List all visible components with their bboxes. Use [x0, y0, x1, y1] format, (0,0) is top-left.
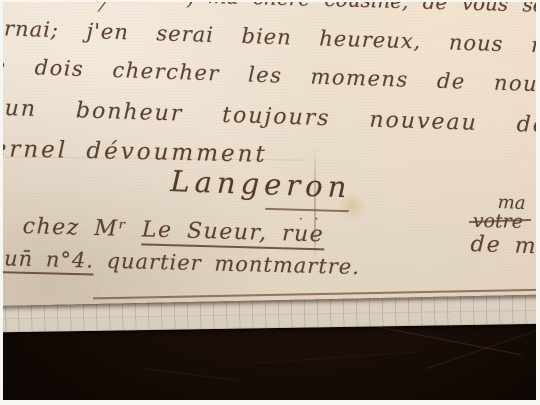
table-scratch: [374, 326, 521, 356]
table-scratch: [253, 351, 423, 364]
margin-note-de-mes: de mes: [470, 234, 536, 259]
address-line-1-underlined: Le Sueur, rue: [141, 217, 324, 250]
cut-off-stroke-fragment: ): [187, 2, 194, 9]
address-line-1-prefix: chez Mʳ: [22, 214, 142, 242]
photo-scene: ʹ/ ) ma chère cousine, de vous ser ernai…: [3, 2, 536, 400]
address-line-2-underlined: eun̄ n°4.: [3, 246, 94, 276]
signature-langeron: Langeron: [170, 167, 352, 202]
table-scratch: [143, 368, 237, 381]
letter-line-5-partial: ernel dévoumment: [3, 138, 268, 167]
letter-photograph: ʹ/ ) ma chère cousine, de vous ser ernai…: [0, 0, 540, 405]
